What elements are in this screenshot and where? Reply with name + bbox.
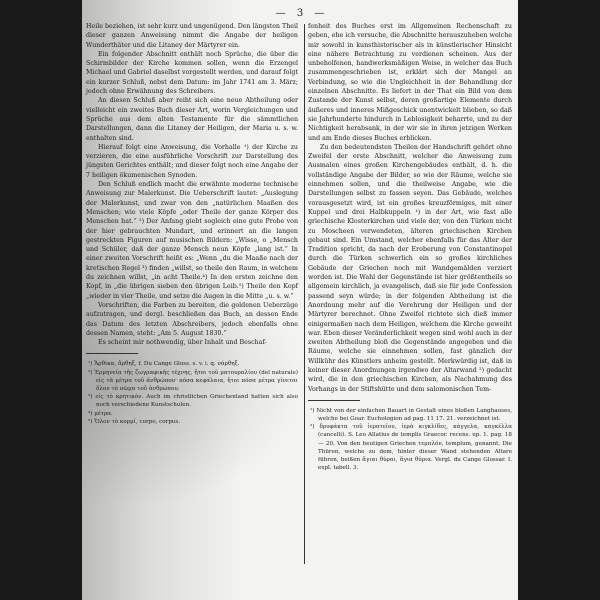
footnote: ⁵) Ὅλον τὸ κορμί, corpo, corpus. — [86, 418, 298, 426]
paragraph: Hierauf folgt eine Anweisung, die Vorhal… — [86, 143, 298, 180]
footnote: ¹) Ἄρθικα, ἄρθηξ, f. Du Cange Gloss. s. … — [86, 360, 298, 368]
header-dash-right: — — [314, 8, 324, 19]
paragraph: An diesen Schluß aber reiht sich eine ne… — [86, 96, 298, 142]
paragraph: Ein folgender Abschnitt enthält noch Spr… — [86, 50, 298, 96]
footnote: ²) δρυφάκτα τοῦ ἱερατείου, ἱερὰ κιγκλίδε… — [308, 423, 512, 472]
footnote: ⁴) μέτρα. — [86, 410, 298, 418]
paragraph: Es scheint mir nothwendig, über Inhalt u… — [86, 338, 298, 347]
paragraph: Zu den bedeutendsten Theilen der Handsch… — [308, 143, 512, 394]
left-column: Heile beziehen, ist sehr kurz und ungenü… — [86, 22, 298, 426]
page-number: 3 — [297, 8, 303, 19]
paragraph: Heile beziehen, ist sehr kurz und ungenü… — [86, 22, 298, 50]
column-divider — [304, 24, 305, 564]
footnote: ¹) Nicht von der einfachen Bauart in Ges… — [308, 407, 512, 423]
paragraph: fenheit des Buches erst im Allgemeinen R… — [308, 22, 512, 143]
footnote-divider — [86, 353, 138, 354]
footnote: ³) εἰς τὸ κρητικόν. Auch im christlichen… — [86, 393, 298, 409]
header-dash-left: — — [276, 8, 286, 19]
paragraph: Vorschriften, die Farben zu bereiten, di… — [86, 301, 298, 338]
page-header: — 3 — — [82, 8, 518, 19]
footnote: ²) Ἑρμηνεία τῆς ζωγραφικῆς τέχνης, ἤτοι … — [86, 369, 298, 394]
paragraph: Den Schluß endlich macht die erwähnte mo… — [86, 180, 298, 301]
scanned-page: — 3 — Heile beziehen, ist sehr kurz und … — [82, 0, 518, 600]
right-column: fenheit des Buches erst im Allgemeinen R… — [308, 22, 512, 473]
footnote-divider — [308, 400, 360, 401]
